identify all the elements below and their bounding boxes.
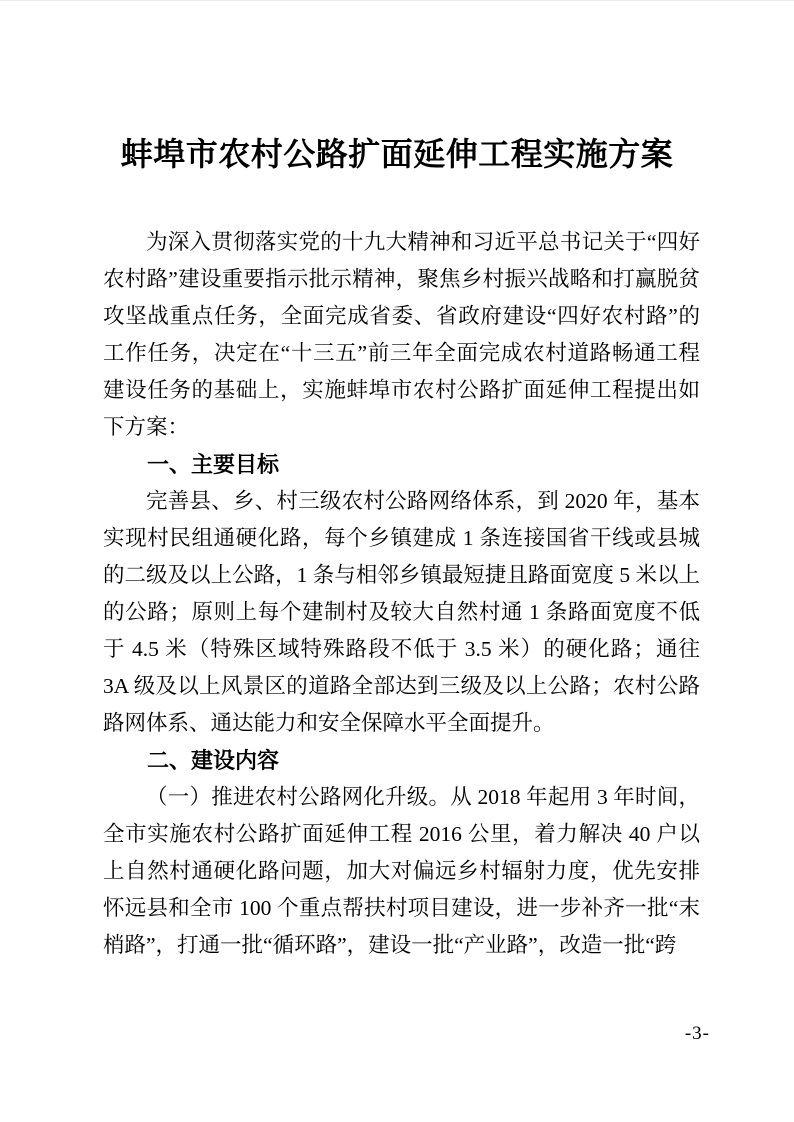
body-paragraph-construction: （一）推进农村公路网化升级。从 2018 年起用 3 年时间，全市实施农村公路扩…	[103, 779, 700, 964]
body-paragraph-goals: 完善县、乡、村三级农村公路网络体系，到 2020 年，基本实现村民组通硬化路，每…	[103, 483, 700, 742]
document-title: 蚌埠市农村公路扩面延伸工程实施方案	[0, 132, 794, 177]
section-heading-main-goals: 一、主要目标	[103, 446, 700, 483]
document-page: 蚌埠市农村公路扩面延伸工程实施方案 为深入贯彻落实党的十九大精神和习近平总书记关…	[0, 0, 794, 1122]
document-body: 为深入贯彻落实党的十九大精神和习近平总书记关于“四好农村路”建设重要指示批示精神…	[103, 224, 700, 964]
body-paragraph-intro: 为深入贯彻落实党的十九大精神和习近平总书记关于“四好农村路”建设重要指示批示精神…	[103, 224, 700, 446]
page-number: -3-	[685, 1023, 710, 1045]
section-heading-construction-content: 二、建设内容	[103, 742, 700, 779]
